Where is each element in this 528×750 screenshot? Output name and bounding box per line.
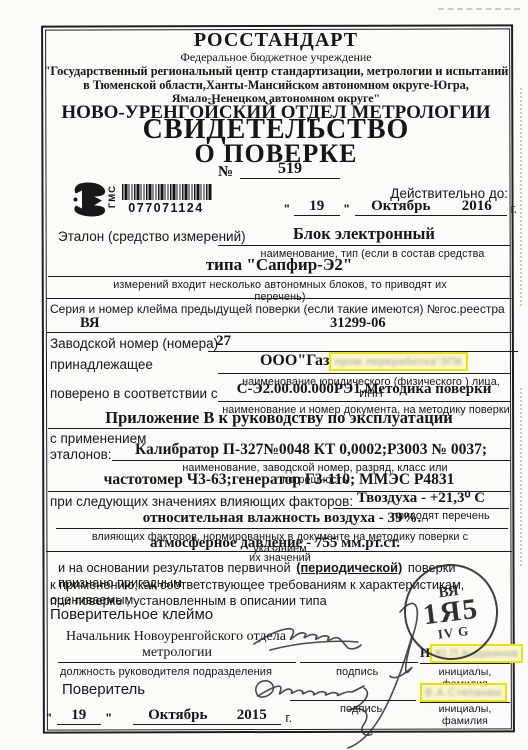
head-role-line1: Начальник Новоуренгойского отдела <box>66 629 286 645</box>
method-label: поверено в соответствии с <box>50 386 218 401</box>
verifier-name-redacted-text: В.А.Степанюк <box>425 687 502 699</box>
factor-temperature: Твоздуха - +21,3⁰ С <box>333 488 509 509</box>
etalon-caption2: измерений входит несколько автономных бл… <box>95 279 465 303</box>
certificate-page: РОССТАНДАРТ Федеральное бюджетное учрежд… <box>0 0 528 750</box>
org-line1: "Государственный региональный центр стан… <box>42 64 510 79</box>
gms-label: ГМС <box>107 185 118 208</box>
doc-number: 519 <box>240 160 340 179</box>
barcode <box>122 184 212 200</box>
org-subtitle: Федеральное бюджетное учреждение <box>42 50 510 65</box>
valid-open-quote: " <box>284 202 290 216</box>
scan-artifact-top <box>438 8 520 10</box>
owner-name-redacted-text: пром переработка"ЗПК <box>334 356 463 368</box>
etalon-type: типа "Сапфир-Э2" <box>48 255 510 277</box>
verifier-signature-caption: подпись <box>340 703 382 715</box>
verifier-name-line: В.А.Степанюк <box>420 683 510 703</box>
scan-artifact-right-1 <box>520 88 522 306</box>
standards-value1: Калибратор П-327№0048 КТ 0,0002;Р3003 № … <box>112 441 510 461</box>
factors-label: при следующих значениях влияющих факторо… <box>50 494 353 509</box>
owner-label: принадлежащее <box>50 357 153 372</box>
serial-label: Заводской номер (номера) <box>50 336 218 351</box>
stamp-quarter-text: IV G <box>437 624 470 641</box>
serial-value: 27 <box>208 333 518 352</box>
scan-artifact-right-2 <box>520 388 522 566</box>
factor-pressure: атмосферное давление - 755 мм.рт.ст. <box>95 535 455 552</box>
conclusion-part1: и на основании результатов первичной <box>58 560 291 575</box>
gms-emblem <box>72 182 108 217</box>
date-year: 2015 <box>237 707 267 724</box>
owner-value-line: ООО"Газпром переработка"ЗПК <box>218 352 510 374</box>
verifier-name-redaction: В.А.Степанюк <box>420 683 507 702</box>
date-month: Октябрь <box>148 707 207 724</box>
valid-month-year: Октябрь 2016 <box>355 198 507 216</box>
factor-humidity: относительная влажность воздуха - 39%. <box>56 510 508 529</box>
head-signature-line <box>300 645 418 663</box>
doc-number-label: № <box>218 164 233 181</box>
conclusion-periodic: (периодической) <box>296 560 402 575</box>
barcode-number: 077071124 <box>118 201 214 215</box>
verification-stamp-label: Поверительное клеймо <box>50 606 213 623</box>
date-month-year: Октябрь 2015 <box>133 707 281 725</box>
verifier-role: Поверитель <box>62 681 145 698</box>
valid-until-date: " 19 " Октябрь 2016 г. <box>284 198 517 216</box>
etalon-value: Блок электронный <box>218 224 510 246</box>
valid-year: 2016 <box>462 198 492 215</box>
date-close-quote: " <box>106 711 112 725</box>
head-role-caption: должность руководителя подразделения <box>60 666 272 678</box>
valid-month: Октябрь <box>371 198 430 215</box>
valid-close-quote: " <box>344 202 350 216</box>
date-year-suffix: г. <box>285 710 292 725</box>
verifier-signature-line <box>290 684 416 701</box>
owner-name-redaction: пром переработка"ЗПК <box>329 352 468 371</box>
org-name: РОССТАНДАРТ <box>42 29 510 52</box>
series-label: Серия и номер клейма предыдущей поверки … <box>50 302 505 316</box>
standards-label2: эталонов: <box>50 447 112 462</box>
section-divider <box>46 298 512 299</box>
head-signature-caption: подпись <box>336 666 378 678</box>
valid-day: 19 <box>294 198 340 216</box>
method-value: С-Э2.00.00.000РЭ1.Методика поверки <box>218 381 510 402</box>
verifier-name-caption: инициалы, фамилия <box>417 703 513 727</box>
series-underline <box>46 315 512 333</box>
head-role-line2: метрологии <box>58 645 296 663</box>
owner-name-visible: ООО"Газ <box>260 352 329 369</box>
issue-date: " 19 " Октябрь 2015 г. <box>46 707 292 725</box>
valid-year-suffix: г. <box>510 201 517 216</box>
method-value2: Приложение В к руководству по эксплуатац… <box>48 408 510 429</box>
date-open-quote: " <box>46 711 52 725</box>
date-day: 19 <box>57 707 101 725</box>
